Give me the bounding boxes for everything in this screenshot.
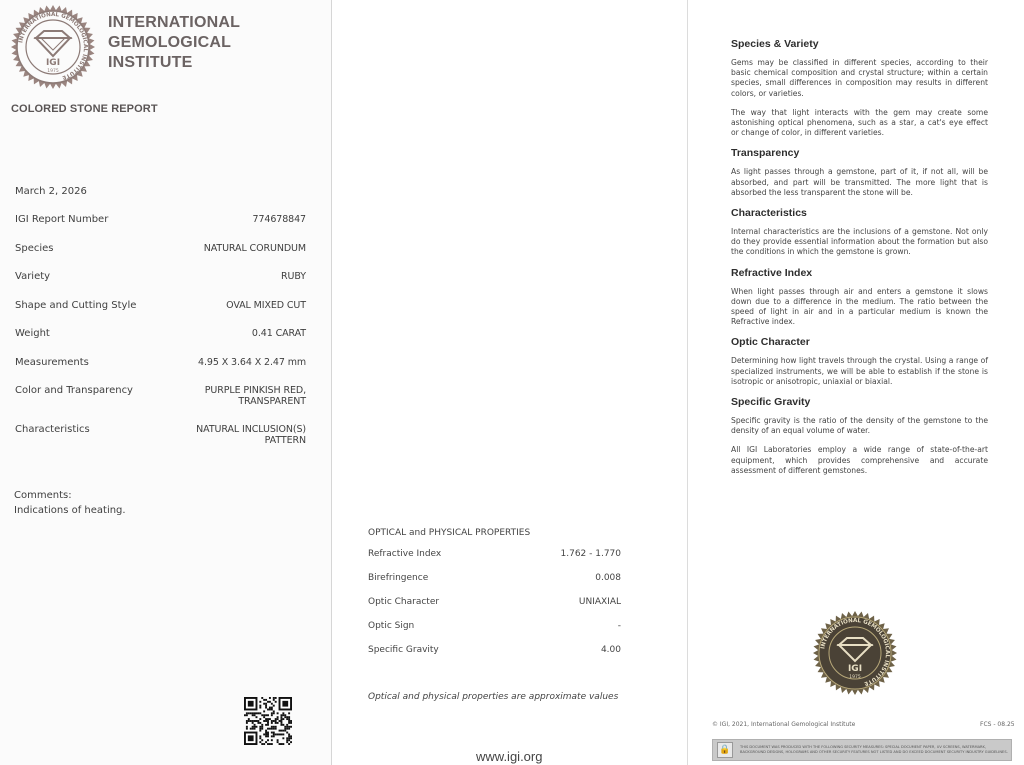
report-row: Color and Transparency PURPLE PINKISH RE… bbox=[15, 385, 306, 424]
gold-seal-icon: INTERNATIONAL GEMOLOGICAL INSTITUTE IGI … bbox=[812, 610, 898, 696]
svg-text:1975: 1975 bbox=[849, 674, 861, 680]
row-value-line: PATTERN bbox=[196, 435, 306, 446]
glossary-section: Species & Variety Gems may be classified… bbox=[731, 38, 988, 138]
section-text: When light passes through air and enters… bbox=[731, 287, 988, 328]
glossary-section: Refractive Index When light passes throu… bbox=[731, 267, 988, 328]
optical-row: Specific Gravity4.00 bbox=[368, 645, 621, 669]
comments-label: Comments: bbox=[14, 488, 126, 503]
optical-note: Optical and physical properties are appr… bbox=[368, 692, 618, 702]
row-value: UNIAXIAL bbox=[579, 597, 621, 621]
row-label: Characteristics bbox=[15, 424, 90, 454]
glossary-section: Characteristics Internal characteristics… bbox=[731, 207, 988, 258]
glossary-section: Transparency As light passes through a g… bbox=[731, 147, 988, 198]
optical-row: Birefringence0.008 bbox=[368, 573, 621, 597]
report-row: Measurements 4.95 X 3.64 X 2.47 mm bbox=[15, 357, 306, 385]
row-value: 1.762 - 1.770 bbox=[561, 549, 622, 573]
section-heading: Transparency bbox=[731, 147, 988, 159]
row-label: Weight bbox=[15, 328, 50, 357]
qr-code[interactable] bbox=[244, 697, 292, 745]
lock-icon: 🔒 bbox=[717, 742, 733, 758]
report-row: Shape and Cutting Style OVAL MIXED CUT bbox=[15, 300, 306, 328]
row-label: Variety bbox=[15, 271, 50, 300]
org-name-line: GEMOLOGICAL bbox=[108, 33, 240, 53]
row-label: Refractive Index bbox=[368, 549, 441, 573]
row-value-line: NATURAL INCLUSION(S) bbox=[196, 424, 306, 435]
row-value: OVAL MIXED CUT bbox=[226, 300, 306, 328]
section-text: As light passes through a gemstone, part… bbox=[731, 167, 988, 198]
row-label: Species bbox=[15, 243, 54, 271]
row-label: Specific Gravity bbox=[368, 645, 439, 669]
row-value: 4.00 bbox=[601, 645, 621, 669]
optical-properties: Refractive Index1.762 - 1.770 Birefringe… bbox=[368, 549, 621, 669]
row-label: Optic Character bbox=[368, 597, 439, 621]
security-text: THIS DOCUMENT WAS PRODUCED WITH THE FOLL… bbox=[740, 745, 1008, 755]
section-heading: Specific Gravity bbox=[731, 396, 988, 408]
report-row: Characteristics NATURAL INCLUSION(S) PAT… bbox=[15, 424, 306, 454]
row-value: NATURAL CORUNDUM bbox=[204, 243, 306, 271]
row-label: Birefringence bbox=[368, 573, 428, 597]
section-text: The way that light interacts with the ge… bbox=[731, 108, 988, 139]
report-row: Variety RUBY bbox=[15, 271, 306, 300]
section-text: Determining how light travels through th… bbox=[731, 356, 988, 387]
svg-text:IGI: IGI bbox=[848, 664, 862, 674]
row-value: - bbox=[618, 621, 621, 645]
row-label: Color and Transparency bbox=[15, 385, 133, 424]
optical-title: OPTICAL and PHYSICAL PROPERTIES bbox=[368, 528, 530, 538]
row-value: 4.95 X 3.64 X 2.47 mm bbox=[198, 357, 306, 385]
row-value: 0.41 CARAT bbox=[252, 328, 306, 357]
security-line: BACKGROUND DESIGNS, HOLOGRAMS AND OTHER … bbox=[740, 750, 1008, 755]
section-heading: Species & Variety bbox=[731, 38, 988, 50]
optical-row: Optic CharacterUNIAXIAL bbox=[368, 597, 621, 621]
report-row: Weight 0.41 CARAT bbox=[15, 328, 306, 357]
comments-text: Indications of heating. bbox=[14, 503, 126, 518]
section-text: Gems may be classified in different spec… bbox=[731, 58, 988, 99]
glossary-section: Optic Character Determining how light tr… bbox=[731, 336, 988, 387]
section-heading: Optic Character bbox=[731, 336, 988, 348]
report-row: IGI Report Number 774678847 bbox=[15, 214, 306, 243]
igi-seal-logo: INTERNATIONAL GEMOLOGICAL INSTITUTE IGI … bbox=[10, 4, 96, 90]
section-text: All IGI Laboratories employ a wide range… bbox=[731, 445, 988, 476]
row-value: PURPLE PINKISH RED, TRANSPARENT bbox=[205, 385, 306, 424]
row-label: Measurements bbox=[15, 357, 89, 385]
form-code: FCS - 08.25 bbox=[980, 721, 1015, 728]
row-label: IGI Report Number bbox=[15, 214, 108, 243]
glossary-section: Specific Gravity Specific gravity is the… bbox=[731, 396, 988, 476]
org-name: INTERNATIONAL GEMOLOGICAL INSTITUTE bbox=[108, 13, 240, 73]
row-value: NATURAL INCLUSION(S) PATTERN bbox=[196, 424, 306, 454]
copyright: © IGI, 2021, International Gemological I… bbox=[712, 721, 855, 728]
row-label: Shape and Cutting Style bbox=[15, 300, 136, 328]
section-heading: Refractive Index bbox=[731, 267, 988, 279]
report-panel: INTERNATIONAL GEMOLOGICAL INSTITUTE IGI … bbox=[0, 0, 332, 765]
org-name-line: INTERNATIONAL bbox=[108, 13, 240, 33]
row-label: Optic Sign bbox=[368, 621, 414, 645]
optical-row: Optic Sign- bbox=[368, 621, 621, 645]
security-banner: 🔒 THIS DOCUMENT WAS PRODUCED WITH THE FO… bbox=[712, 739, 1012, 761]
svg-text:1975: 1975 bbox=[47, 68, 59, 74]
glossary: Species & Variety Gems may be classified… bbox=[731, 38, 988, 485]
row-value: 774678847 bbox=[253, 214, 307, 243]
website-link[interactable]: www.igi.org bbox=[476, 749, 542, 764]
report-type-title: COLORED STONE REPORT bbox=[11, 103, 158, 115]
report-row: Species NATURAL CORUNDUM bbox=[15, 243, 306, 271]
row-value-line: PURPLE PINKISH RED, bbox=[205, 385, 306, 396]
svg-text:IGI: IGI bbox=[46, 58, 60, 68]
row-value-line: TRANSPARENT bbox=[205, 396, 306, 407]
section-text: Specific gravity is the ratio of the den… bbox=[731, 416, 988, 436]
report-date: March 2, 2026 bbox=[15, 186, 87, 197]
report-details: IGI Report Number 774678847 Species NATU… bbox=[15, 214, 306, 454]
section-text: Internal characteristics are the inclusi… bbox=[731, 227, 988, 258]
optical-row: Refractive Index1.762 - 1.770 bbox=[368, 549, 621, 573]
row-value: 0.008 bbox=[595, 573, 621, 597]
org-name-line: INSTITUTE bbox=[108, 53, 240, 73]
section-heading: Characteristics bbox=[731, 207, 988, 219]
comments: Comments: Indications of heating. bbox=[14, 488, 126, 518]
row-value: RUBY bbox=[281, 271, 306, 300]
